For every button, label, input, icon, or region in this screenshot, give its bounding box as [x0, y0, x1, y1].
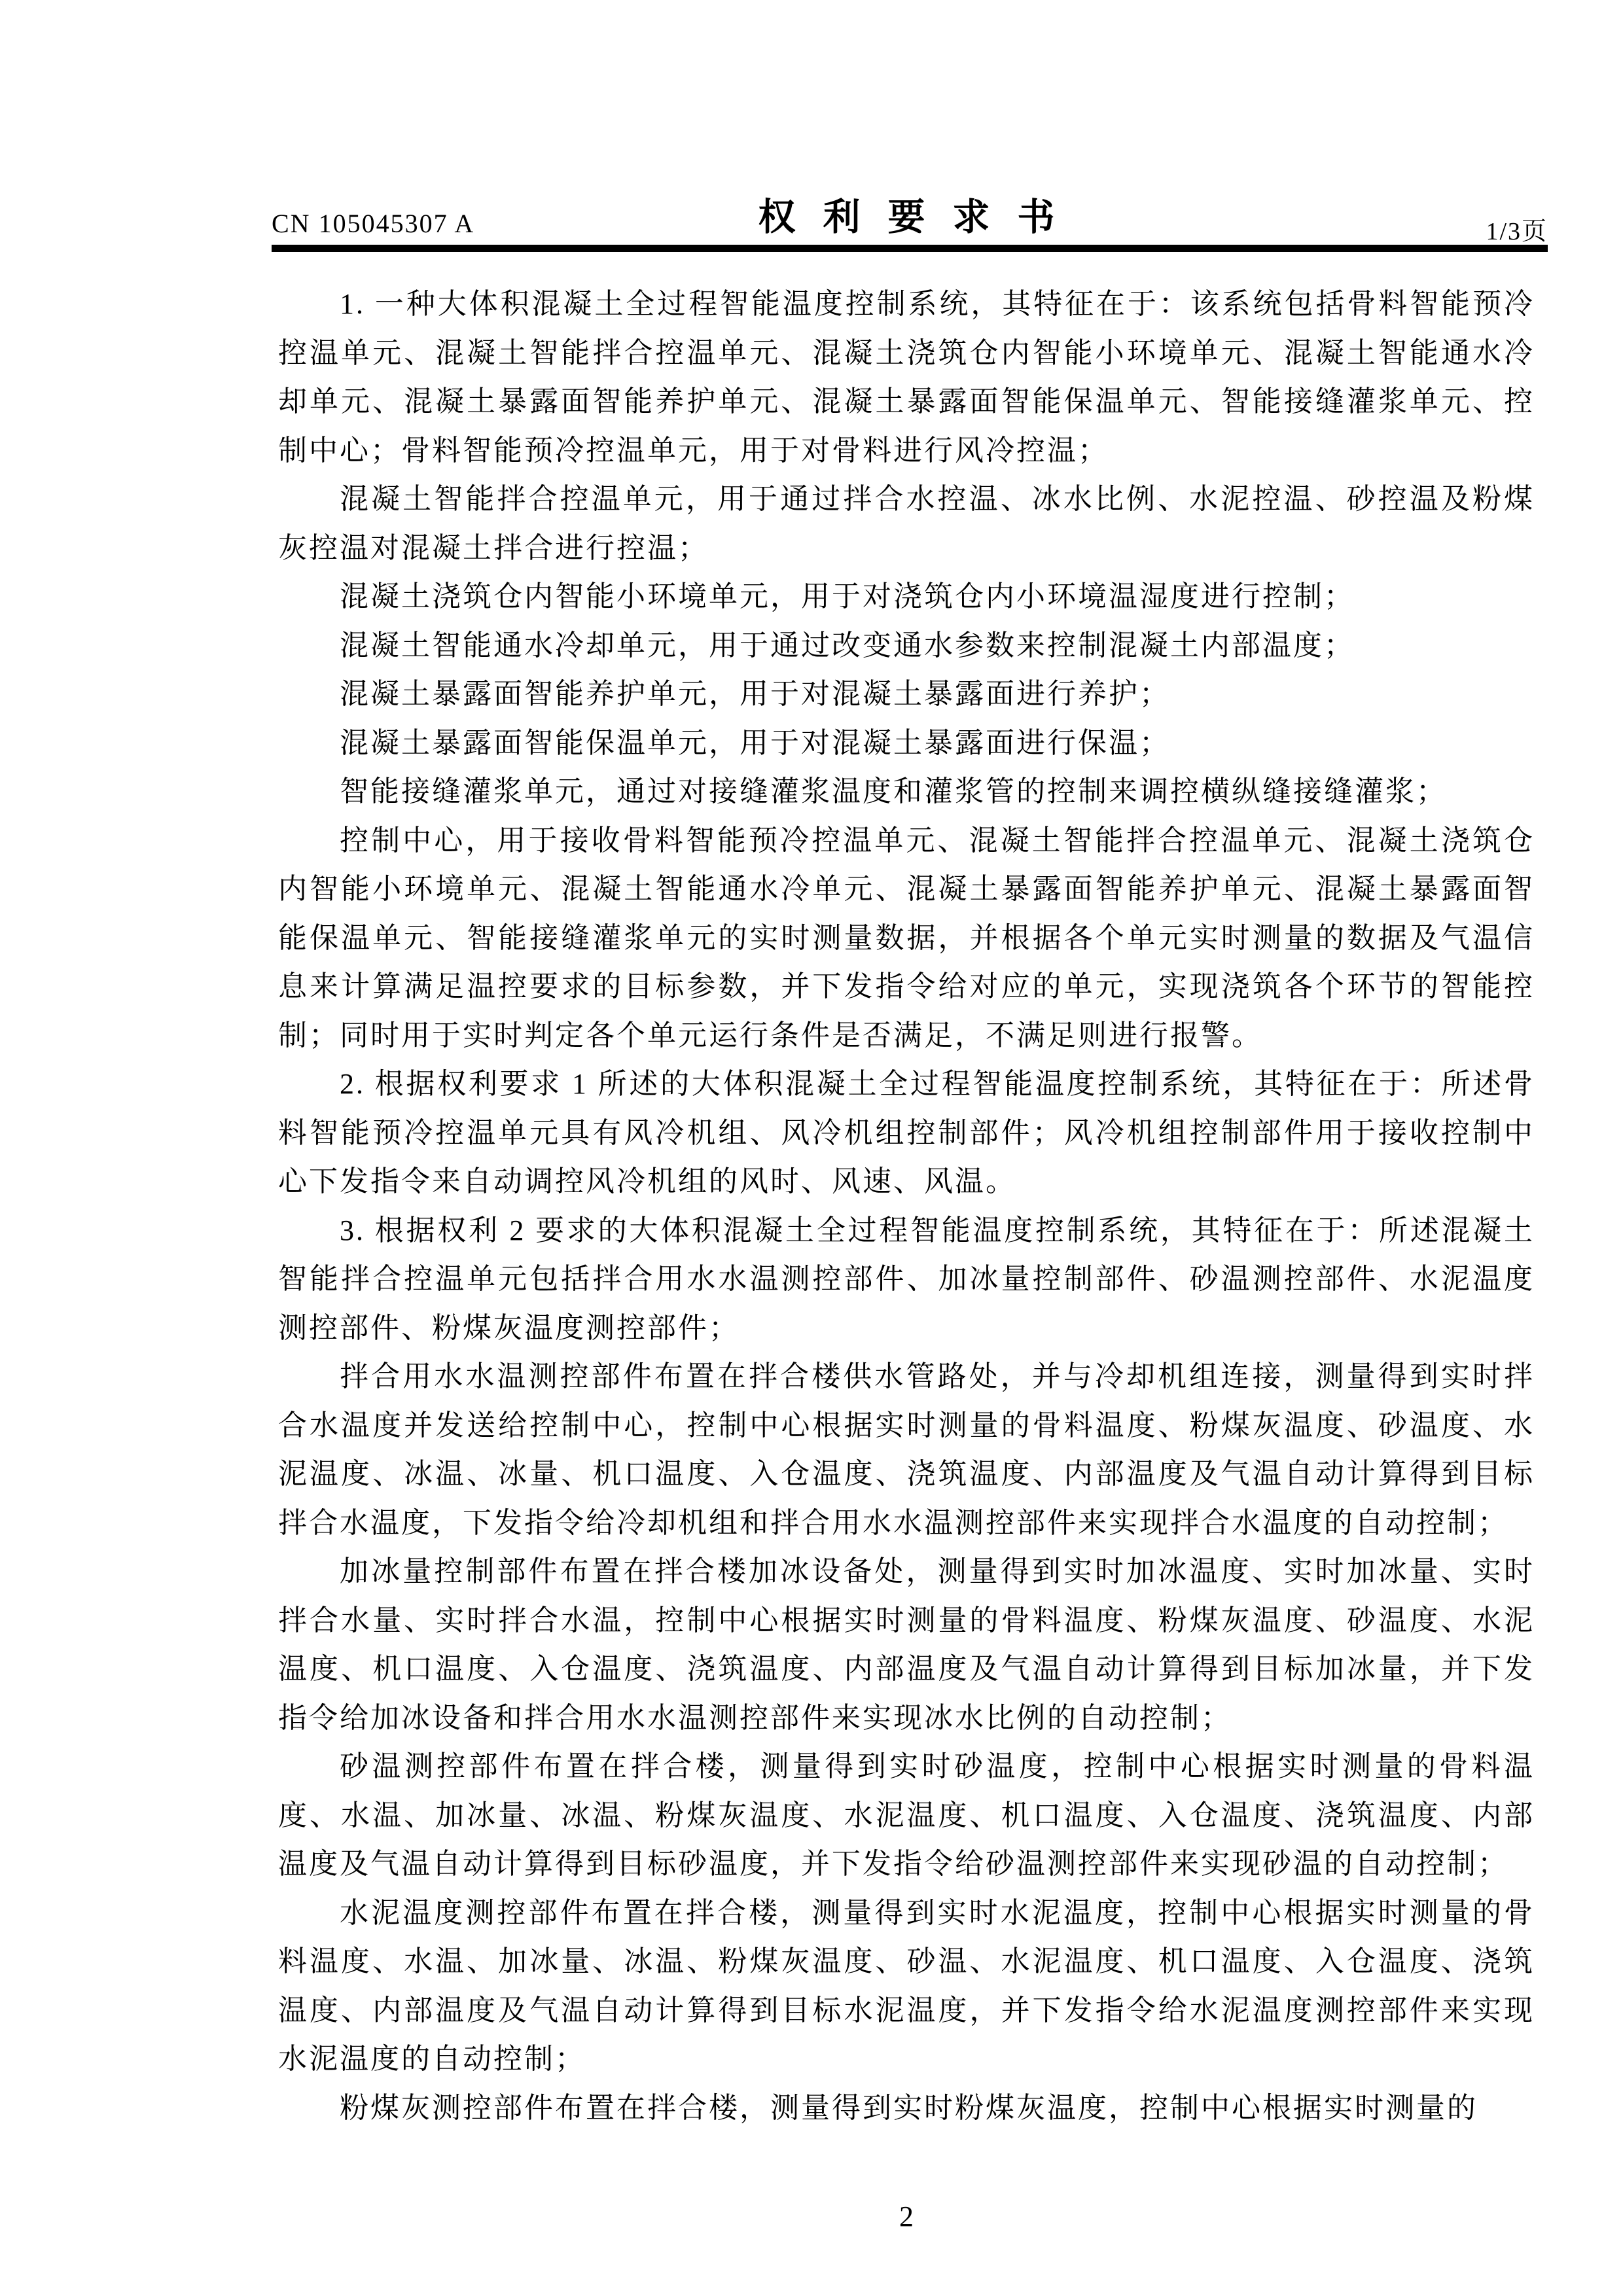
claim-paragraph: 水泥温度测控部件布置在拌合楼，测量得到实时水泥温度，控制中心根据实时测量的骨料温… — [278, 1889, 1535, 2084]
claim-paragraph: 智能接缝灌浆单元，通过对接缝灌浆温度和灌浆管的控制来调控横纵缝接缝灌浆； — [278, 768, 1535, 817]
claim-paragraph: 3. 根据权利 2 要求的大体积混凝土全过程智能温度控制系统，其特征在于：所述混… — [278, 1207, 1535, 1353]
claim-paragraph: 1. 一种大体积混凝土全过程智能温度控制系统，其特征在于：该系统包括骨料智能预冷… — [278, 280, 1535, 475]
claim-paragraph: 拌合用水水温测控部件布置在拌合楼供水管路处，并与冷却机组连接，测量得到实时拌合水… — [278, 1352, 1535, 1547]
claim-paragraph: 控制中心，用于接收骨料智能预冷控温单元、混凝土智能拌合控温单元、混凝土浇筑仓内智… — [278, 817, 1535, 1061]
page-indicator: 1/3页 — [1486, 211, 1548, 247]
claims-body: 1. 一种大体积混凝土全过程智能温度控制系统，其特征在于：该系统包括骨料智能预冷… — [278, 280, 1535, 2132]
claim-paragraph: 混凝土智能通水冷却单元，用于通过改变通水参数来控制混凝土内部温度； — [278, 622, 1535, 671]
claim-paragraph: 加冰量控制部件布置在拌合楼加冰设备处，测量得到实时加冰温度、实时加冰量、实时拌合… — [278, 1547, 1535, 1742]
claim-paragraph: 混凝土暴露面智能养护单元，用于对混凝土暴露面进行养护； — [278, 670, 1535, 719]
patent-claims-page: CN 105045307 A 权利要求书 1/3页 1. 一种大体积混凝土全过程… — [0, 0, 1623, 2296]
claim-paragraph: 粉煤灰测控部件布置在拌合楼，测量得到实时粉煤灰温度，控制中心根据实时测量的 — [278, 2084, 1535, 2133]
claim-paragraph: 混凝土暴露面智能保温单元，用于对混凝土暴露面进行保温； — [278, 719, 1535, 768]
claim-paragraph: 2. 根据权利要求 1 所述的大体积混凝土全过程智能温度控制系统，其特征在于：所… — [278, 1060, 1535, 1207]
claims-title: 权利要求书 — [278, 187, 1535, 241]
claim-paragraph: 混凝土浇筑仓内智能小环境单元，用于对浇筑仓内小环境温湿度进行控制； — [278, 573, 1535, 622]
header-rule — [272, 245, 1548, 252]
page-number: 2 — [278, 2200, 1535, 2233]
claim-paragraph: 砂温测控部件布置在拌合楼，测量得到实时砂温度，控制中心根据实时测量的骨料温度、水… — [278, 1742, 1535, 1889]
claim-paragraph: 混凝土智能拌合控温单元，用于通过拌合水控温、冰水比例、水泥控温、砂控温及粉煤灰控… — [278, 475, 1535, 573]
